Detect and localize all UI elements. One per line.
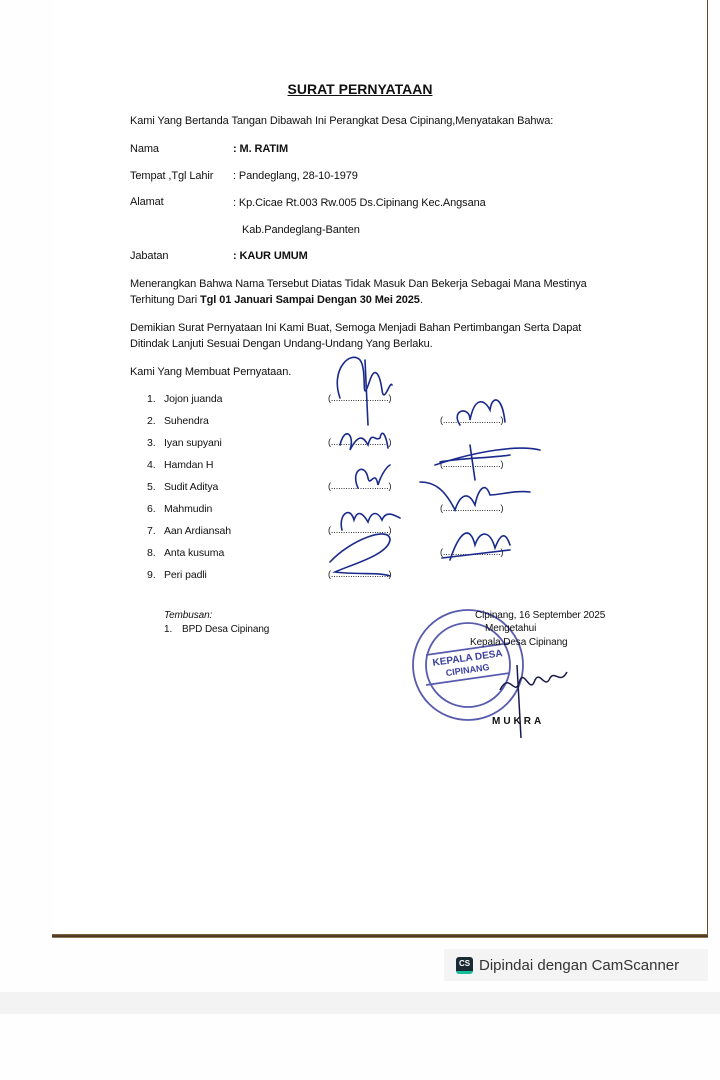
signer-number: 2. [147, 415, 156, 427]
bottom-band [0, 992, 720, 1014]
field-value-jabatan: : KAUR UMUM [233, 250, 308, 262]
head-signature [495, 660, 575, 740]
signer-number: 3. [147, 437, 156, 449]
document-title: SURAT PERNYATAAN [0, 81, 720, 97]
place-date: Cipinang, 16 September 2025 [475, 610, 605, 621]
field-label-ttl: Tempat ,Tgl Lahir [130, 170, 213, 182]
head-name: MUKRA [492, 716, 544, 727]
field-label-alamat: Alamat [130, 196, 164, 208]
signer-number: 4. [147, 459, 156, 471]
cc-item-1-no: 1. [164, 624, 172, 635]
field-value-nama: : M. RATIM [233, 143, 288, 155]
signer-number: 9. [147, 569, 156, 581]
para1-line2: Terhitung Dari Tgl 01 Januari Sampai Den… [130, 294, 423, 306]
camscanner-watermark: CS Dipindai dengan CamScanner [444, 949, 708, 981]
field-value-alamat: : Kp.Cicae Rt.003 Rw.005 Ds.Cipinang Kec… [233, 197, 486, 209]
signer-name: Peri padli [164, 569, 207, 581]
position-label: Kepala Desa Cipinang [470, 637, 568, 648]
signer-name: Anta kusuma [164, 547, 224, 559]
field-label-jabatan: Jabatan [130, 250, 168, 262]
signer-name: Sudit Aditya [164, 481, 218, 493]
para1-line1: Menerangkan Bahwa Nama Tersebut Diatas T… [130, 278, 587, 290]
para2-line2: Ditindak Lanjuti Sesuai Dengan Undang-Un… [130, 338, 433, 350]
signer-number: 6. [147, 503, 156, 515]
signer-number: 7. [147, 525, 156, 537]
signer-number: 5. [147, 481, 156, 493]
field-label-nama: Nama [130, 143, 159, 155]
cc-heading: Tembusan: [164, 610, 212, 621]
signer-name: Mahmudin [164, 503, 212, 515]
signers-heading: Kami Yang Membuat Pernyataan. [130, 366, 291, 378]
cc-item-1: BPD Desa Cipinang [182, 624, 269, 635]
acknowledged-label: Mengetahui [485, 623, 536, 634]
field-value-ttl: : Pandeglang, 28-10-1979 [233, 170, 358, 182]
signer-number: 8. [147, 547, 156, 559]
camscanner-logo-icon: CS [456, 957, 473, 974]
signer-name: Suhendra [164, 415, 209, 427]
signer-name: Iyan supyani [164, 437, 222, 449]
page-edge [52, 934, 708, 938]
intro-text: Kami Yang Bertanda Tangan Dibawah Ini Pe… [130, 115, 553, 127]
camscanner-text: Dipindai dengan CamScanner [479, 957, 679, 974]
para2-line1: Demikian Surat Pernyataan Ini Kami Buat,… [130, 322, 581, 334]
handwritten-signatures [320, 350, 570, 590]
signer-name: Hamdan H [164, 459, 213, 471]
signer-name: Jojon juanda [164, 393, 222, 405]
signer-name: Aan Ardiansah [164, 525, 231, 537]
signer-number: 1. [147, 393, 156, 405]
field-value-alamat-2: Kab.Pandeglang-Banten [242, 224, 360, 236]
